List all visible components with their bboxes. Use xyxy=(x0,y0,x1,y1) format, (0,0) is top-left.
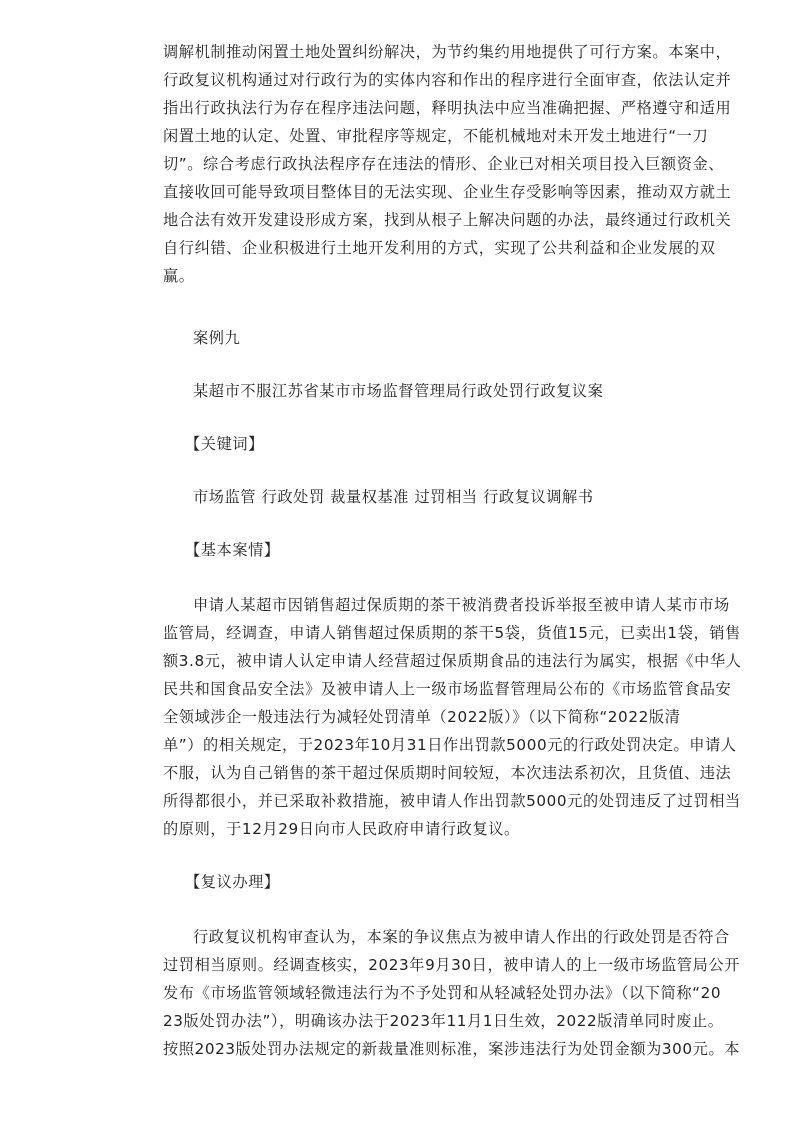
case-number: 案例九 xyxy=(163,324,685,352)
text-line: 发布《市场监管领域轻微违法行为不予处罚和从轻减轻处罚办法》（以下简称“20 xyxy=(163,979,685,1007)
document-page: 调解机制推动闲置土地处置纠纷解决，为节约集约用地提供了可行方案。本案中， 行政复… xyxy=(163,38,685,1063)
text-line: 行政复议机构通过对行政行为的实体内容和作出的程序进行全面审查，依法认定并 xyxy=(163,66,685,94)
text-line: 闲置土地的认定、处置、审批程序等规定，不能机械地对未开发土地进行“一刀 xyxy=(163,122,685,150)
text-line: 指出行政执法行为存在程序违法问题，释明执法中应当准确把握、严格遵守和适用 xyxy=(163,94,685,122)
text-line: 23版处罚办法”），明确该办法于2023年11月1日生效，2022版清单同时废止… xyxy=(163,1007,685,1035)
text-line: 的原则，于12月29日向市人民政府申请行政复议。 xyxy=(163,815,685,843)
review-heading: 【复议办理】 xyxy=(163,868,685,896)
text-line: 额3.8元，被申请人认定申请人经营超过保质期食品的违法行为属实，根据《中华人 xyxy=(163,647,685,675)
text-line: 全领域涉企一般违法行为减轻处罚清单（2022版）》（以下简称“2022版清 xyxy=(163,703,685,731)
text-line: 单”）的相关规定，于2023年10月31日作出罚款5000元的行政处罚决定。申请… xyxy=(163,731,685,759)
text-line: 地合法有效开发建设形成方案，找到从根子上解决问题的办法，最终通过行政机关 xyxy=(163,206,685,234)
text-line: 监管局，经调查，申请人销售超过保质期的茶干5袋，货值15元，已卖出1袋，销售 xyxy=(163,619,685,647)
text-line: 按照2023版处罚办法规定的新裁量准则标准，案涉违法行为处罚金额为300元。本 xyxy=(163,1035,685,1063)
text-line: 民共和国食品安全法》及被申请人上一级市场监督管理局公布的《市场监管食品安 xyxy=(163,675,685,703)
basic-facts-paragraph: 申请人某超市因销售超过保质期的茶干被消费者投诉举报至被申请人某市市场 监管局，经… xyxy=(163,591,685,843)
keywords-heading: 【关键词】 xyxy=(163,430,685,458)
text-line: 自行纠错、企业积极进行土地开发利用的方式，实现了公共利益和企业发展的双 xyxy=(163,234,685,262)
basic-facts-heading: 【基本案情】 xyxy=(163,536,685,564)
case-title: 某超市不服江苏省某市市场监督管理局行政处罚行政复议案 xyxy=(163,377,685,405)
text-line: 赢。 xyxy=(163,262,685,290)
text-line: 所得都很小，并已采取补救措施，被申请人作出罚款5000元的处罚违反了过罚相当 xyxy=(163,787,685,815)
text-line: 直接收回可能导致项目整体目的无法实现、企业生存受影响等因素，推动双方就土 xyxy=(163,178,685,206)
keywords-text: 市场监管 行政处罚 裁量权基准 过罚相当 行政复议调解书 xyxy=(163,483,685,511)
text-line: 调解机制推动闲置土地处置纠纷解决，为节约集约用地提供了可行方案。本案中， xyxy=(163,38,685,66)
text-line: 切”。综合考虑行政执法程序存在违法的情形、企业已对相关项目投入巨额资金、 xyxy=(163,150,685,178)
text-line: 行政复议机构审查认为，本案的争议焦点为被申请人作出的行政处罚是否符合 xyxy=(163,923,685,951)
review-paragraph: 行政复议机构审查认为，本案的争议焦点为被申请人作出的行政处罚是否符合 过罚相当原… xyxy=(163,923,685,1063)
text-line: 过罚相当原则。经调查核实，2023年9月30日，被申请人的上一级市场监管局公开 xyxy=(163,951,685,979)
intro-paragraph: 调解机制推动闲置土地处置纠纷解决，为节约集约用地提供了可行方案。本案中， 行政复… xyxy=(163,38,685,290)
text-line: 申请人某超市因销售超过保质期的茶干被消费者投诉举报至被申请人某市市场 xyxy=(163,591,685,619)
text-line: 不服，认为自己销售的茶干超过保质期时间较短，本次违法系初次，且货值、违法 xyxy=(163,759,685,787)
